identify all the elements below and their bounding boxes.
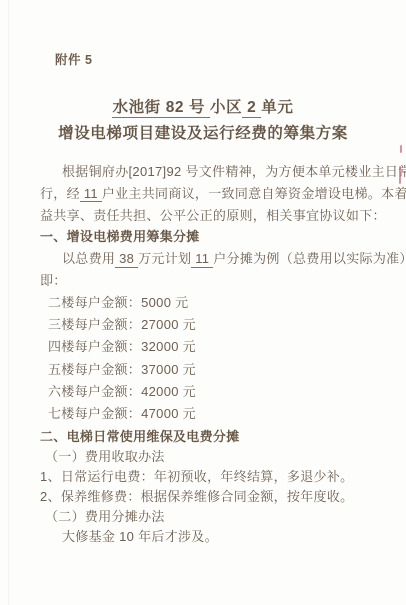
scanned-document-page: 附件 5 水池街 82 号 小区 2 单元 增设电梯项目建设及运行经费的筹集方案… bbox=[0, 0, 406, 605]
subsection1-heading: （一）费用收取办法 bbox=[40, 447, 386, 467]
document-body: 根据铜府办[2017]92 号文件精神，为方便本单元楼业主日常出 行，经 11 … bbox=[40, 161, 386, 546]
text-segment: 行，经 bbox=[40, 186, 80, 201]
intro-line-2: 行，经 11 户业主共同商议，一致同意自筹资金增设电梯。本着利 bbox=[40, 183, 386, 205]
fee-item-1: 1、日常运行电费：年初预收，年终结算，多退少补。 bbox=[40, 467, 386, 487]
page-edge-shadow bbox=[8, 0, 9, 605]
text-segment: 万元计划 bbox=[138, 251, 191, 266]
floor-amount-row-3f: 三楼每户金额：27000 元 bbox=[40, 314, 386, 336]
intro-line-3: 益共享、责任共担、公平公正的原则，相关事宜协议如下： bbox=[40, 205, 386, 227]
underlined-value: 11 bbox=[80, 186, 102, 203]
intro-line-1: 根据铜府办[2017]92 号文件精神，为方便本单元楼业主日常出 bbox=[40, 161, 386, 183]
scan-artifact-speck bbox=[399, 166, 401, 184]
floor-amount-row-5f: 五楼每户金额：37000 元 bbox=[40, 359, 386, 381]
scan-artifact-speck bbox=[400, 145, 402, 153]
text-segment: 以总费用 bbox=[62, 251, 115, 266]
text-segment: 户业主共同商议，一致同意自筹资金增设电梯。本着利 bbox=[102, 186, 406, 201]
section1-heading: 一、增设电梯费用筹集分摊 bbox=[40, 226, 386, 248]
cost-basis-line: 以总费用 38 万元计划 11 户分摊为例（总费用以实际为准）， bbox=[40, 248, 386, 270]
underlined-value: 38 bbox=[115, 251, 138, 268]
section2-content: （一）费用收取办法 1、日常运行电费：年初预收，年终结算，多退少补。 2、保养维… bbox=[40, 447, 386, 546]
text-segment: 单元 bbox=[261, 99, 293, 116]
floor-amount-row-7f: 七楼每户金额：47000 元 bbox=[40, 403, 386, 425]
floor-amount-row-2f: 二楼每户金额：5000 元 bbox=[40, 292, 386, 314]
fee-item-2: 2、保养维修费：根据保养维修合同金额，按年度收。 bbox=[40, 487, 386, 507]
floor-amount-row-4f: 四楼每户金额：32000 元 bbox=[40, 336, 386, 358]
underlined-value: 水池街 82 号 bbox=[112, 99, 210, 118]
document-title-line1: 水池街 82 号 小区 2 单元 bbox=[0, 95, 406, 117]
subsection2-heading: （二）费用分摊办法 bbox=[40, 507, 386, 527]
section2-heading: 二、电梯日常使用维保及电费分摊 bbox=[40, 426, 386, 448]
namely-label: 即： bbox=[40, 270, 386, 292]
text-segment: 户分摊为例（总费用以实际为准）， bbox=[213, 251, 406, 266]
floor-amount-row-6f: 六楼每户金额：42000 元 bbox=[40, 381, 386, 403]
underlined-value: 2 bbox=[242, 99, 261, 118]
underlined-value: 11 bbox=[191, 251, 213, 268]
attachment-label: 附件 5 bbox=[55, 50, 92, 68]
text-segment: 小区 bbox=[210, 99, 242, 116]
repair-fund-note: 大修基金 10 年后才涉及。 bbox=[40, 527, 386, 547]
document-title-line2: 增设电梯项目建设及运行经费的筹集方案 bbox=[0, 121, 406, 143]
